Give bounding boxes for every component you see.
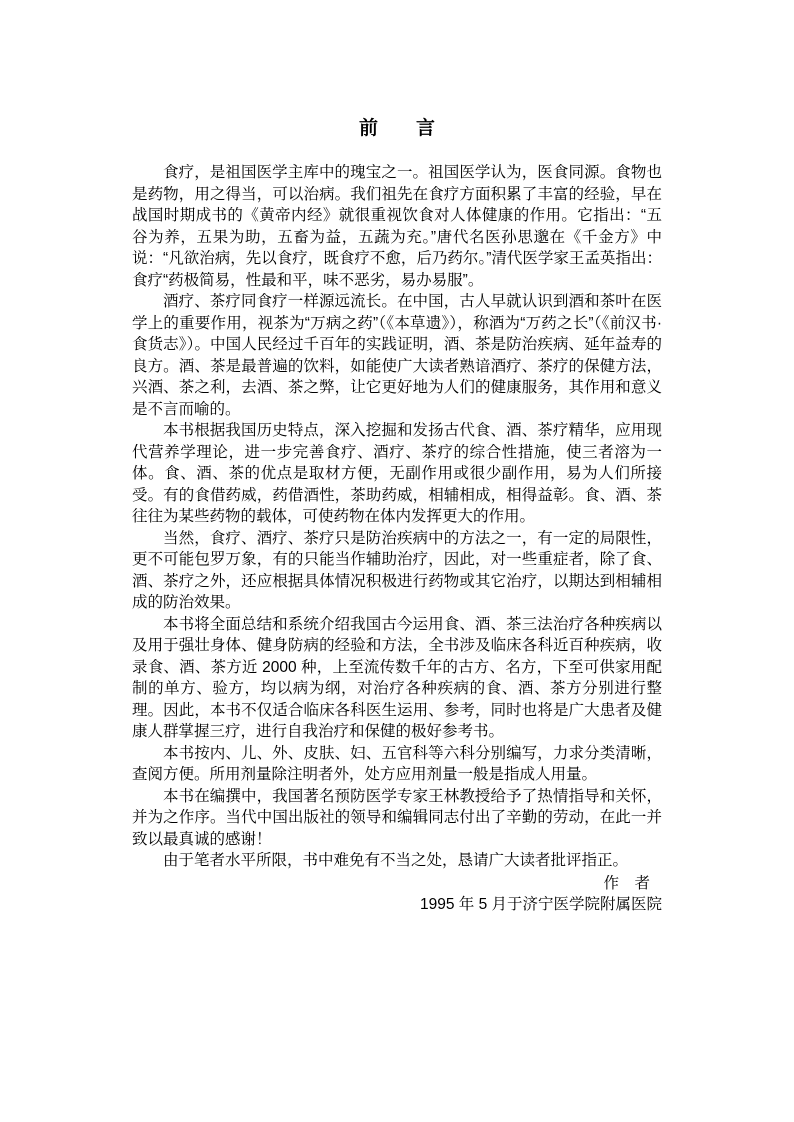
page-title: 前 言: [132, 118, 662, 140]
signature-date: 1995 年 5 月于济宁医学院附属医院: [132, 894, 662, 916]
paragraph-6: 本书按内、儿、外、皮肤、妇、五官科等六科分别编写，力求分类清晰，查阅方便。所用剂…: [132, 743, 662, 786]
paragraph-4: 当然，食疗、酒疗、茶疗只是防治疾病中的方法之一，有一定的局限性，更不可能包罗万象…: [132, 528, 662, 614]
paragraph-8: 由于笔者水平所限，书中难免有不当之处，恳请广大读者批评指正。: [132, 850, 662, 872]
paragraph-1: 食疗，是祖国医学主库中的瑰宝之一。祖国医学认为，医食同源。食物也是药物，用之得当…: [132, 162, 662, 291]
paragraph-5: 本书将全面总结和系统介绍我国古今运用食、酒、茶三法治疗各种疾病以及用于强壮身体、…: [132, 614, 662, 743]
preface-content: 前 言 食疗，是祖国医学主库中的瑰宝之一。祖国医学认为，医食同源。食物也是药物，…: [132, 118, 662, 916]
paragraph-3: 本书根据我国历史特点，深入挖掘和发扬古代食、酒、茶疗精华，应用现代营养学理论，进…: [132, 420, 662, 528]
paragraph-2: 酒疗、茶疗同食疗一样源远流长。在中国，古人早就认识到酒和茶叶在医学上的重要作用，…: [132, 291, 662, 420]
paragraph-7: 本书在编撰中，我国著名预防医学专家王林教授给予了热情指导和关怀，并为之作序。当代…: [132, 786, 662, 851]
author-signature: 作 者: [132, 873, 662, 895]
document-page: 前 言 食疗，是祖国医学主库中的瑰宝之一。祖国医学认为，医食同源。食物也是药物，…: [0, 0, 794, 1122]
signature-block: 作 者 1995 年 5 月于济宁医学院附属医院: [132, 873, 662, 916]
